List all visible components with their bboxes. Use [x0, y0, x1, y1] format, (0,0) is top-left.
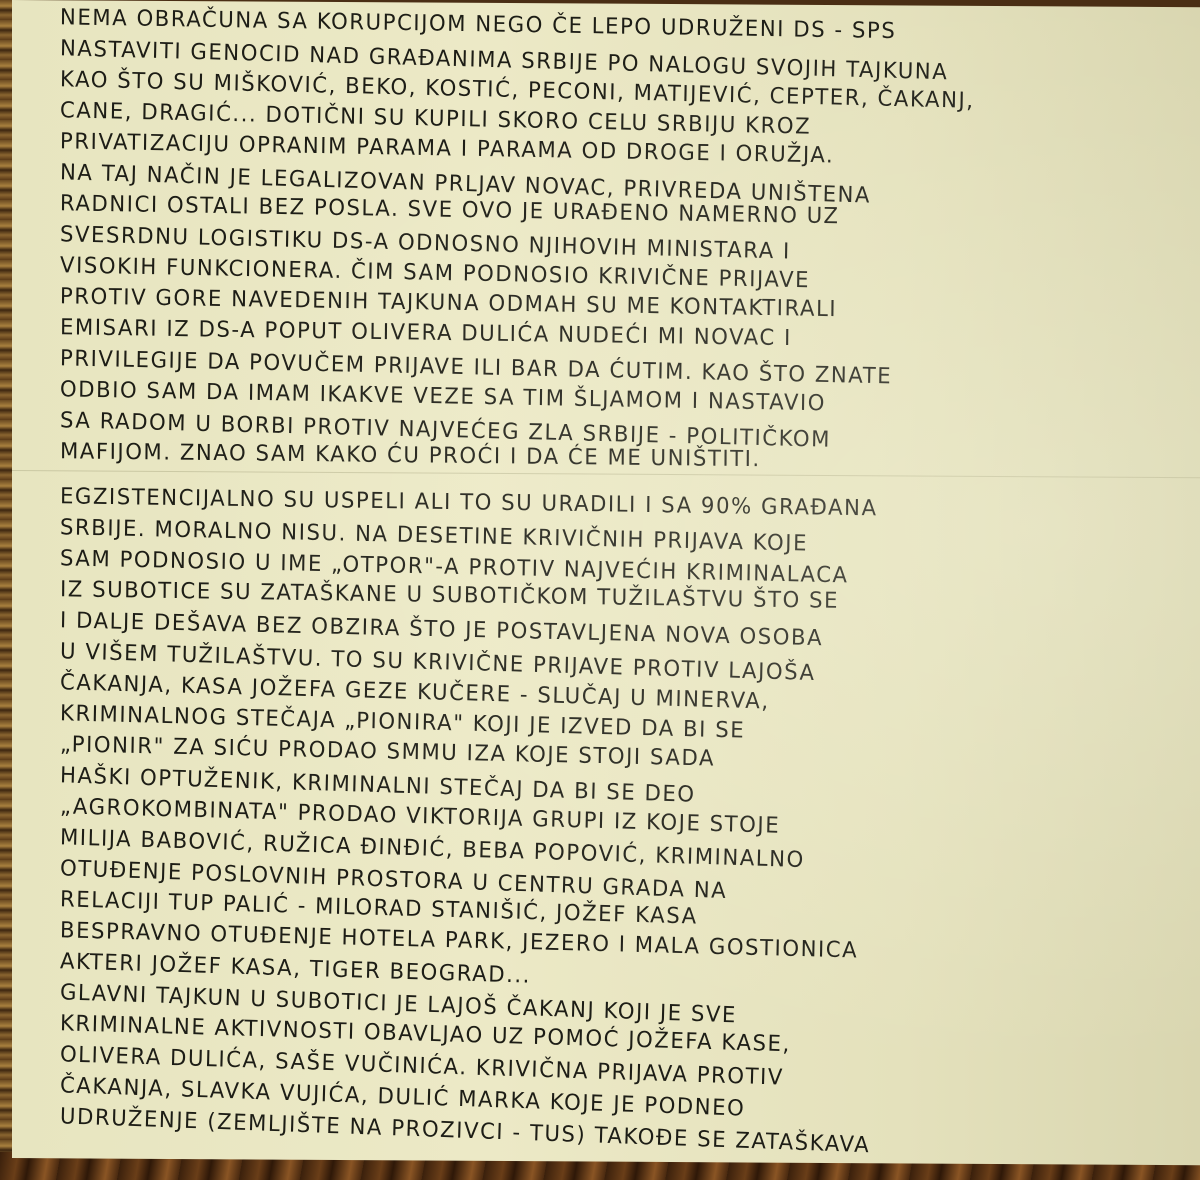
paragraph-2: EGZISTENCIJALNO SU USPELI ALI TO SU URAD… — [60, 481, 1180, 1139]
letter-body: NEMA OBRAČUNA SA KORUPCIJOM NEGO ČE LEPO… — [60, 2, 1180, 1139]
handwritten-letter-page: NEMA OBRAČUNA SA KORUPCIJOM NEGO ČE LEPO… — [12, 0, 1200, 1165]
paragraph-1: NEMA OBRAČUNA SA KORUPCIJOM NEGO ČE LEPO… — [60, 2, 1180, 474]
